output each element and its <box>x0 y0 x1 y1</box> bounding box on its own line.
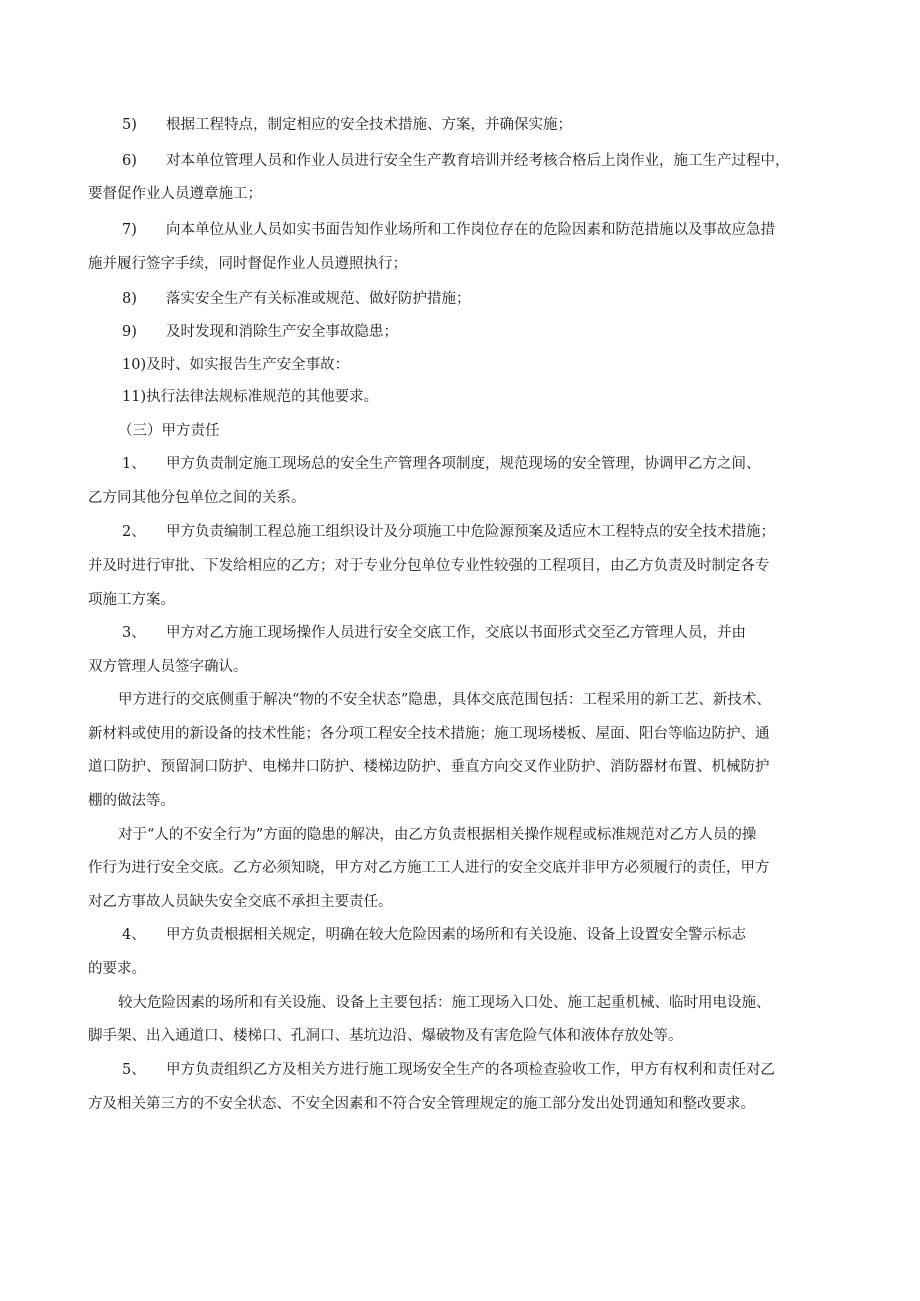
list-item: 8)落实安全生产有关标准或规范、做好防护措施； <box>122 289 471 309</box>
clause: 3、甲方对乙方施工现场操作人员进行安全交底工作，交底以书面形式交至乙方管理人员，… <box>122 623 746 643</box>
paragraph-line: 棚的做法等。 <box>88 791 175 811</box>
clause: 4、甲方负责根据相关规定，明确在较大危险因素的场所和有关设施、设备上设置安全警示… <box>122 925 746 945</box>
clause-continuation: 双方管理人员签字确认。 <box>88 657 248 677</box>
item-text: 及时发现和消除生产安全事故隐患； <box>166 324 398 340</box>
clause-number: 2、 <box>122 522 166 542</box>
clause-continuation: 乙方同其他分包单位之间的关系。 <box>88 488 306 508</box>
clause-number: 3、 <box>122 623 166 643</box>
item-text: 对本单位管理人员和作业人员进行安全生产教育培训并经考核合格后上岗作业，施工生产过… <box>166 153 790 169</box>
item-continuation: 施并履行签字手续，同时督促作业人员遵照执行； <box>88 254 407 274</box>
item-number: 5) <box>122 115 166 135</box>
item-number: 10) <box>122 355 146 375</box>
clause: 2、甲方负责编制工程总施工组织设计及分项施工中危险源预案及适应木工程特点的安全技… <box>122 522 775 542</box>
clause-text: 甲方负责组织乙方及相关方进行施工现场安全生产的各项检查验收工作，甲方有权利和责任… <box>166 1062 775 1078</box>
clause-text: 甲方对乙方施工现场操作人员进行安全交底工作，交底以书面形式交至乙方管理人员，并由 <box>166 625 746 641</box>
paragraph-line: 对于“人的不安全行为”方面的隐患的解决，由乙方负责根据相关操作规程或标准规范对乙… <box>118 825 756 845</box>
paragraph-line: 作行为进行安全交底。乙方必须知晓，甲方对乙方施工工人进行的安全交底并非甲方必须履… <box>88 858 770 878</box>
item-text: 落实安全生产有关标准或规范、做好防护措施； <box>166 291 471 307</box>
item-continuation: 要督促作业人员遵章施工； <box>88 184 262 204</box>
paragraph-line: 较大危险因素的场所和有关设施、设备上主要包括：施工现场入口处、施工起重机械、临时… <box>118 993 771 1013</box>
clause-number: 1、 <box>122 454 166 474</box>
item-number: 7) <box>122 220 166 240</box>
clause: 1、甲方负责制定施工现场总的安全生产管理各项制度，规范现场的安全管理，协调甲乙方… <box>122 454 761 474</box>
list-item: 6)对本单位管理人员和作业人员进行安全生产教育培训并经考核合格后上岗作业，施工生… <box>122 151 790 171</box>
paragraph-line: 对乙方事故人员缺失安全交底不承担主要责任。 <box>88 892 393 912</box>
item-text: 及时、如实报告生产安全事故： <box>146 357 349 373</box>
clause-text: 甲方负责制定施工现场总的安全生产管理各项制度，规范现场的安全管理，协调甲乙方之间… <box>166 456 761 472</box>
item-number: 11) <box>122 387 146 407</box>
paragraph-line: 道口防护、预留洞口防护、电梯井口防护、楼梯边防护、垂直方向交叉作业防护、消防器材… <box>88 757 770 777</box>
list-item: 9)及时发现和消除生产安全事故隐患； <box>122 322 398 342</box>
item-number: 9) <box>122 322 166 342</box>
clause-continuation: 项施工方案。 <box>88 590 175 610</box>
clause-number: 5、 <box>122 1060 166 1080</box>
list-item: 10)及时、如实报告生产安全事故： <box>122 355 349 375</box>
item-text: 执行法律法规标准规范的其他要求。 <box>146 389 378 405</box>
clause-continuation: 的要求。 <box>88 959 146 979</box>
clause-continuation: 并及时进行审批、下发给相应的乙方；对于专业分包单位专业性较强的工程项目，由乙方负… <box>88 556 770 576</box>
paragraph-line: 甲方进行的交底侧重于解决“物的不安全状态”隐患，具体交底范围包括：工程采用的新工… <box>118 690 771 710</box>
list-item: 5)根据工程特点，制定相应的安全技术措施、方案，并确保实施； <box>122 115 572 135</box>
paragraph-line: 新材料或使用的新设备的技术性能；各分项工程安全技术措施；施工现场楼板、屋面、阳台… <box>88 724 770 744</box>
item-text: 根据工程特点，制定相应的安全技术措施、方案，并确保实施； <box>166 117 572 133</box>
paragraph-line: 脚手架、出入通道口、楼梯口、孔洞口、基坑边沿、爆破物及有害危险气体和液体存放处等… <box>88 1026 683 1046</box>
item-number: 8) <box>122 289 166 309</box>
list-item: 7)向本单位从业人员如实书面告知作业场所和工作岗位存在的危险因素和防范措施以及事… <box>122 220 775 240</box>
clause-continuation: 方及相关第三方的不安全状态、不安全因素和不符合安全管理规定的施工部分发出处罚通知… <box>88 1094 755 1114</box>
item-number: 6) <box>122 151 166 171</box>
clause-number: 4、 <box>122 925 166 945</box>
clause: 5、甲方负责组织乙方及相关方进行施工现场安全生产的各项检查验收工作，甲方有权利和… <box>122 1060 775 1080</box>
list-item: 11)执行法律法规标准规范的其他要求。 <box>122 387 378 407</box>
clause-text: 甲方负责编制工程总施工组织设计及分项施工中危险源预案及适应木工程特点的安全技术措… <box>166 524 775 540</box>
item-text: 向本单位从业人员如实书面告知作业场所和工作岗位存在的危险因素和防范措施以及事故应… <box>166 222 775 238</box>
clause-text: 甲方负责根据相关规定，明确在较大危险因素的场所和有关设施、设备上设置安全警示标志 <box>166 927 746 943</box>
section-heading: （三）甲方责任 <box>118 421 220 441</box>
